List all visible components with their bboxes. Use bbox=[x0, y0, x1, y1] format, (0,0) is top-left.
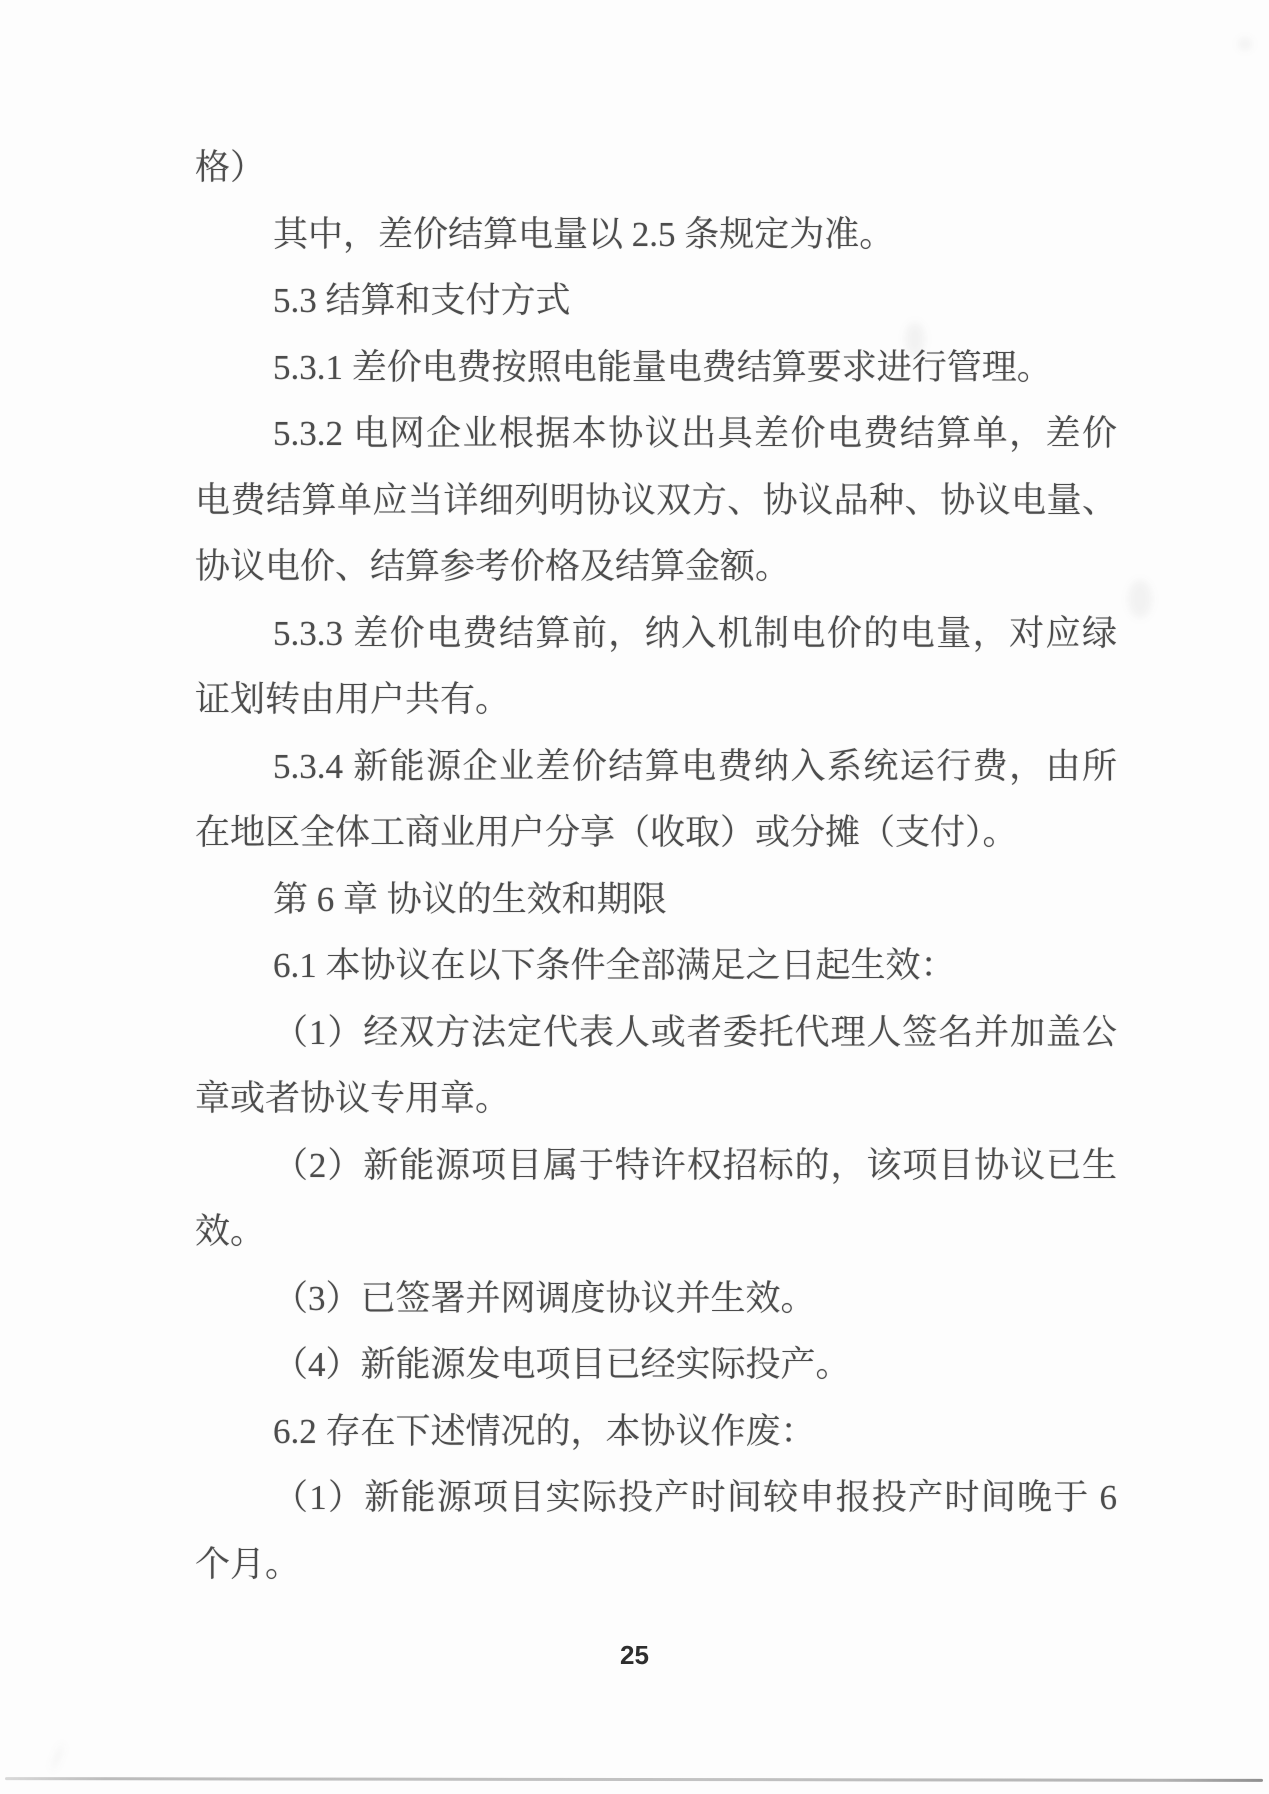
section-5-3-heading: 5.3 结算和支付方式 bbox=[195, 268, 1117, 335]
body-line: 格） bbox=[195, 135, 1117, 202]
scan-artifact bbox=[1238, 38, 1252, 50]
scan-artifact bbox=[905, 322, 925, 356]
body-line: 协议电价、结算参考价格及结算金额。 bbox=[195, 534, 1117, 601]
clause-6-1: 6.1 本协议在以下条件全部满足之日起生效： bbox=[195, 933, 1117, 1000]
item-2-line: （2）新能源项目属于特许权招标的，该项目协议已生 bbox=[195, 1133, 1117, 1200]
scanned-document-page: 格） 其中，差价结算电量以 2.5 条规定为准。 5.3 结算和支付方式 5.3… bbox=[0, 0, 1269, 1794]
body-line: 效。 bbox=[195, 1199, 1117, 1266]
body-line: 在地区全体工商业用户分享（收取）或分摊（支付）。 bbox=[195, 800, 1117, 867]
clause-5-3-2: 5.3.2 电网企业根据本协议出具差价电费结算单，差价 bbox=[195, 401, 1117, 468]
item-3-line: （3）已签署并网调度协议并生效。 bbox=[195, 1266, 1117, 1333]
item-1-line: （1）经双方法定代表人或者委托代理人签名并加盖公 bbox=[195, 1000, 1117, 1067]
chapter-6-heading: 第 6 章 协议的生效和期限 bbox=[195, 867, 1117, 934]
document-text-block: 格） 其中，差价结算电量以 2.5 条规定为准。 5.3 结算和支付方式 5.3… bbox=[195, 135, 1117, 1598]
body-line: 其中，差价结算电量以 2.5 条规定为准。 bbox=[195, 202, 1117, 269]
body-line: 个月。 bbox=[195, 1532, 1117, 1599]
clause-5-3-4: 5.3.4 新能源企业差价结算电费纳入系统运行费，由所 bbox=[195, 734, 1117, 801]
page-number: 25 bbox=[0, 1630, 1269, 1680]
scan-artifact bbox=[50, 1742, 66, 1772]
item-4-line: （4）新能源发电项目已经实际投产。 bbox=[195, 1332, 1117, 1399]
scan-artifact bbox=[1128, 580, 1152, 618]
clause-6-2: 6.2 存在下述情况的，本协议作废： bbox=[195, 1399, 1117, 1466]
clause-5-3-1: 5.3.1 差价电费按照电能量电费结算要求进行管理。 bbox=[195, 335, 1117, 402]
scan-bottom-edge bbox=[5, 1777, 1263, 1782]
clause-5-3-3: 5.3.3 差价电费结算前，纳入机制电价的电量，对应绿 bbox=[195, 601, 1117, 668]
item-1-line: （1）新能源项目实际投产时间较申报投产时间晚于 6 bbox=[195, 1465, 1117, 1532]
body-line: 证划转由用户共有。 bbox=[195, 667, 1117, 734]
body-line: 章或者协议专用章。 bbox=[195, 1066, 1117, 1133]
body-line: 电费结算单应当详细列明协议双方、协议品种、协议电量、 bbox=[195, 468, 1117, 535]
